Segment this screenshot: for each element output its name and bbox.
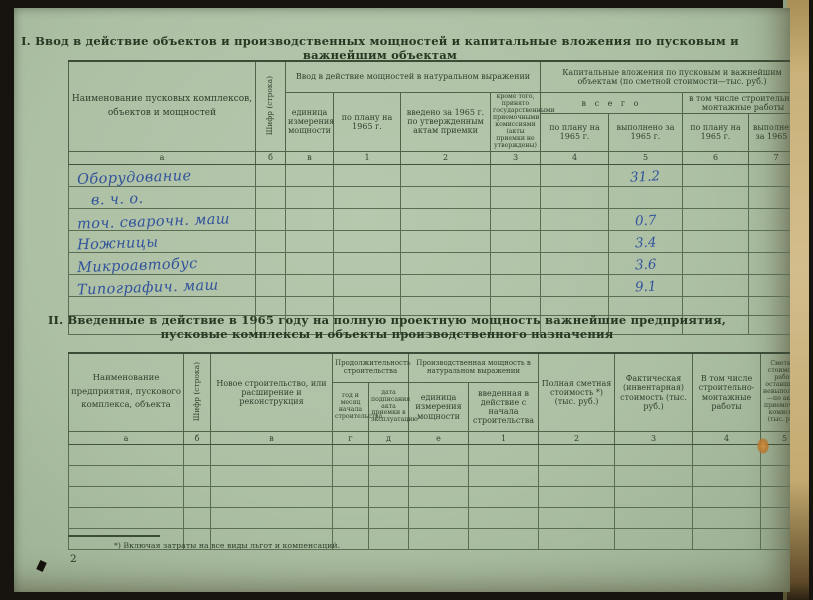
empty-cell	[369, 508, 409, 529]
col-header-code-label: Шифр (строка)	[193, 362, 201, 421]
empty-cell	[749, 164, 791, 186]
value-cell: 3.4	[609, 230, 683, 252]
group-header-natural: Ввод в действие мощностей в натуральном …	[286, 61, 541, 93]
empty-cell	[683, 274, 749, 296]
empty-cell	[761, 487, 790, 508]
col-header-fact-cost: Фактическая (инвентарная) стоимость (тыс…	[615, 353, 693, 432]
empty-cell	[749, 296, 791, 315]
letter-cell: д	[369, 432, 409, 445]
empty-cell	[749, 274, 791, 296]
empty-cell	[469, 508, 539, 529]
letter-cell: б	[184, 432, 211, 445]
document-photo: I. Ввод в действие объектов и производст…	[0, 0, 813, 600]
empty-cell	[761, 529, 790, 550]
empty-cell	[749, 252, 791, 274]
empty-cell	[401, 186, 491, 208]
empty-cell	[369, 487, 409, 508]
section1-title: I. Ввод в действие объектов и производст…	[14, 34, 746, 63]
empty-cell	[539, 466, 615, 487]
col-header-full-cost: Полная сметная стоимость *) (тыс. руб.)	[539, 353, 615, 432]
group-header-capital: Капитальные вложения по пусковым и важне…	[541, 61, 791, 93]
letter-cell: а	[69, 151, 256, 164]
empty-cell	[693, 529, 761, 550]
empty-cell	[491, 252, 541, 274]
empty-cell	[286, 186, 334, 208]
col-header-unit: единица измерения мощности	[409, 383, 469, 432]
footnote: *) Включая затраты на все виды льгот и к…	[114, 541, 340, 550]
stain-mark	[757, 438, 769, 454]
section1-table: Наименование пусковых комплексов, объект…	[68, 60, 790, 335]
group-header-total: в с е г о	[541, 93, 683, 114]
col-header-code-label: Шифр (строка)	[266, 76, 274, 135]
footnote-rule	[68, 535, 160, 537]
letter-cell: г	[333, 432, 369, 445]
empty-cell	[333, 508, 369, 529]
col-header-cmw-done: выполнено за 1965 г.	[749, 114, 791, 151]
empty-cell	[693, 445, 761, 466]
col-header-total-plan: по плану на 1965 г.	[541, 114, 609, 151]
letter-row: а б в г д е 1 2 3 4 5	[69, 432, 791, 445]
empty-cell	[334, 186, 401, 208]
section2-table: Наименование предприятия, пускового комп…	[68, 352, 790, 550]
col-header-remaining: Сметная стоимость работ, оставшихся невы…	[761, 353, 790, 432]
empty-cell	[615, 445, 693, 466]
row-name-cell: Ножницы	[69, 230, 256, 252]
empty-cell	[683, 208, 749, 230]
handwritten-name: Оборудование	[77, 168, 192, 188]
empty-cell	[469, 445, 539, 466]
empty-cell	[334, 230, 401, 252]
section1-table-wrapper: Наименование пусковых комплексов, объект…	[68, 60, 790, 335]
empty-cell	[401, 208, 491, 230]
empty-cell	[749, 208, 791, 230]
table-row	[69, 445, 791, 466]
value-cell: 0.7	[609, 208, 683, 230]
empty-cell	[761, 508, 790, 529]
book-page-edges	[787, 0, 809, 600]
letter-cell: б	[256, 151, 286, 164]
col-header-act-date: дата подписания акта приемки в эксплуата…	[369, 383, 409, 432]
empty-cell	[334, 208, 401, 230]
empty-cell	[539, 529, 615, 550]
empty-cell	[409, 508, 469, 529]
group-header-capacity: Производственная мощность в натуральном …	[409, 353, 539, 383]
handwritten-value: 0.7	[634, 212, 656, 229]
handwritten-name: Типографич. маш	[77, 277, 219, 298]
empty-cell	[334, 274, 401, 296]
empty-cell	[333, 466, 369, 487]
row-name-cell: Микроавтобус	[69, 252, 256, 274]
handwritten-name: в. ч. о.	[77, 190, 144, 208]
handwritten-value: 9.1	[634, 278, 656, 295]
handwritten-name: Ножницы	[77, 234, 159, 253]
empty-cell	[491, 186, 541, 208]
empty-cell	[369, 466, 409, 487]
empty-cell	[683, 186, 749, 208]
empty-cell	[369, 529, 409, 550]
value-cell: 31.2	[609, 164, 683, 186]
letter-cell: 6	[683, 151, 749, 164]
col-header-unit: единица измерения мощности	[286, 93, 334, 152]
table-row	[69, 466, 791, 487]
empty-cell	[69, 466, 184, 487]
col-header-cmw-plan: по плану на 1965 г.	[683, 114, 749, 151]
empty-cell	[333, 487, 369, 508]
empty-cell	[469, 529, 539, 550]
empty-cell	[539, 445, 615, 466]
col-header-introduced: введенная в действие с начала строительс…	[469, 383, 539, 432]
empty-cell	[286, 252, 334, 274]
empty-cell	[693, 466, 761, 487]
empty-cell	[541, 252, 609, 274]
empty-cell	[369, 445, 409, 466]
handwritten-name: точ. сварочн. маш	[77, 211, 230, 232]
table-row: в. ч. о.	[69, 186, 791, 208]
empty-cell	[683, 230, 749, 252]
empty-cell	[761, 466, 790, 487]
empty-cell	[334, 252, 401, 274]
empty-cell	[615, 466, 693, 487]
empty-cell	[69, 487, 184, 508]
empty-cell	[749, 186, 791, 208]
empty-cell	[491, 230, 541, 252]
empty-cell	[541, 230, 609, 252]
letter-cell: в	[286, 151, 334, 164]
row-name-cell: в. ч. о.	[69, 186, 256, 208]
value-cell	[609, 186, 683, 208]
table-row	[69, 487, 791, 508]
empty-cell	[334, 164, 401, 186]
empty-cell	[541, 274, 609, 296]
letter-cell: е	[409, 432, 469, 445]
letter-cell: 3	[491, 151, 541, 164]
empty-cell	[615, 487, 693, 508]
empty-cell	[539, 508, 615, 529]
empty-cell	[683, 252, 749, 274]
section2-title: II. Введенные в действие в 1965 году на …	[34, 313, 740, 342]
empty-cell	[693, 487, 761, 508]
empty-cell	[539, 487, 615, 508]
empty-cell	[69, 508, 184, 529]
empty-cell	[256, 230, 286, 252]
handwritten-value: 3.6	[634, 256, 656, 273]
letter-cell: 4	[541, 151, 609, 164]
row-name-cell: Типографич. маш	[69, 274, 256, 296]
letter-cell: 7	[749, 151, 791, 164]
empty-cell	[491, 208, 541, 230]
handwritten-value: 31.2	[630, 168, 661, 186]
empty-cell	[541, 208, 609, 230]
group-header-duration: Продолжительность строительства	[333, 353, 409, 383]
col-header-besides: кроме того, принято государственными при…	[491, 93, 541, 152]
empty-cell	[469, 466, 539, 487]
letter-cell: 1	[469, 432, 539, 445]
empty-cell	[286, 164, 334, 186]
empty-cell	[256, 186, 286, 208]
col-header-code: Шифр (строка)	[184, 353, 211, 432]
value-cell: 9.1	[609, 274, 683, 296]
letter-cell: 2	[539, 432, 615, 445]
empty-cell	[401, 230, 491, 252]
col-header-introduced: введено за 1965 г. по утвержденным актам…	[401, 93, 491, 152]
col-header-total-done: выполнено за 1965 г.	[609, 114, 683, 151]
empty-cell	[541, 164, 609, 186]
letter-cell: 4	[693, 432, 761, 445]
page-number: 2	[70, 553, 77, 565]
empty-cell	[683, 164, 749, 186]
empty-cell	[256, 208, 286, 230]
empty-cell	[211, 487, 333, 508]
empty-cell	[286, 274, 334, 296]
col-header-start-date: год и месяц начала строительства	[333, 383, 369, 432]
empty-cell	[184, 487, 211, 508]
empty-cell	[211, 466, 333, 487]
letter-cell: 2	[401, 151, 491, 164]
table-row	[69, 508, 791, 529]
empty-cell	[69, 445, 184, 466]
group-header-cmw: в том числе строительно-монтажные работы	[683, 93, 791, 114]
col-header-name: Наименование пусковых комплексов, объект…	[69, 61, 256, 151]
empty-cell	[256, 164, 286, 186]
empty-cell	[749, 315, 791, 334]
col-header-code: Шифр (строка)	[256, 61, 286, 151]
letter-cell: 5	[609, 151, 683, 164]
table-row: точ. сварочн. маш 0.7	[69, 208, 791, 230]
col-header-new-construction: Новое строительство, или расширение и ре…	[211, 353, 333, 432]
handwritten-name: Микроавтобус	[77, 255, 198, 275]
col-header-cmw: В том числе строительно-монтажные работы	[693, 353, 761, 432]
letter-row: а б в 1 2 3 4 5 6 7	[69, 151, 791, 164]
section2-table-wrapper: Наименование предприятия, пускового комп…	[68, 352, 790, 550]
empty-cell	[469, 487, 539, 508]
col-header-name: Наименование предприятия, пускового комп…	[69, 353, 184, 432]
empty-cell	[693, 508, 761, 529]
empty-cell	[211, 508, 333, 529]
empty-cell	[491, 274, 541, 296]
row-name-cell: Оборудование	[69, 164, 256, 186]
empty-cell	[541, 186, 609, 208]
row-name-cell: точ. сварочн. маш	[69, 208, 256, 230]
col-header-plan: по плану на 1965 г.	[334, 93, 401, 152]
letter-cell: 3	[615, 432, 693, 445]
empty-cell	[184, 445, 211, 466]
edge-speck	[36, 560, 47, 572]
empty-cell	[401, 164, 491, 186]
table-row: Типографич. маш 9.1	[69, 274, 791, 296]
handwritten-value: 3.4	[634, 234, 656, 251]
empty-cell	[256, 274, 286, 296]
empty-cell	[184, 466, 211, 487]
empty-cell	[615, 508, 693, 529]
empty-cell	[184, 508, 211, 529]
empty-cell	[409, 445, 469, 466]
empty-cell	[286, 208, 334, 230]
letter-cell: в	[211, 432, 333, 445]
table-row: Ножницы 3.4	[69, 230, 791, 252]
empty-cell	[409, 529, 469, 550]
empty-cell	[409, 487, 469, 508]
letter-cell: а	[69, 432, 184, 445]
empty-cell	[401, 252, 491, 274]
empty-cell	[615, 529, 693, 550]
table-row: Оборудование 31.2	[69, 164, 791, 186]
empty-cell	[211, 445, 333, 466]
value-cell: 3.6	[609, 252, 683, 274]
empty-cell	[333, 445, 369, 466]
empty-cell	[409, 466, 469, 487]
empty-cell	[286, 230, 334, 252]
letter-cell: 1	[334, 151, 401, 164]
empty-cell	[401, 274, 491, 296]
table-row: Микроавтобус 3.6	[69, 252, 791, 274]
empty-cell	[256, 252, 286, 274]
empty-cell	[491, 164, 541, 186]
form-page: I. Ввод в действие объектов и производст…	[14, 8, 790, 592]
empty-cell	[749, 230, 791, 252]
